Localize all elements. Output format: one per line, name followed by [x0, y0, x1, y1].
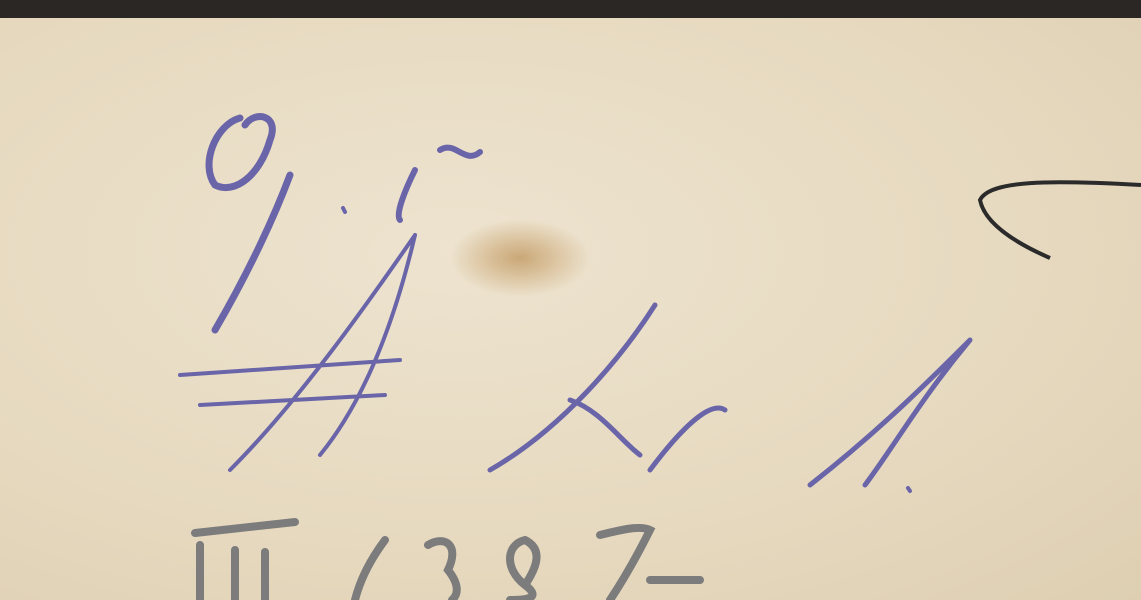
glyph-G: [209, 117, 290, 330]
glyph-1: [810, 340, 970, 485]
pencil-number: [195, 522, 700, 600]
glyph-A-struck: [180, 235, 415, 470]
glyph-dot: [343, 208, 345, 212]
glyph-i: [399, 148, 480, 220]
handwriting-layer: [0, 0, 1141, 600]
black-ink-stroke: [980, 182, 1141, 258]
glyph-Nr: [490, 305, 725, 470]
